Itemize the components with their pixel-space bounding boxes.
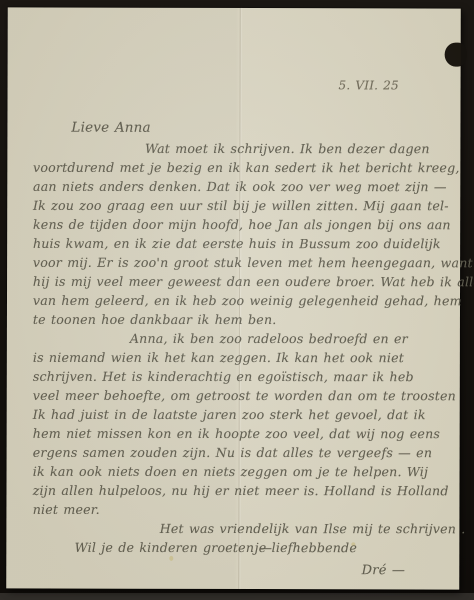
letter-line: is niemand wien ik het kan zeggen. Ik ka… <box>33 348 443 367</box>
letter-body: Wat moet ik schrijven. Ik ben dezer dage… <box>33 139 443 580</box>
letter-line: huis kwam, en ik zie dat eerste huis in … <box>33 234 443 253</box>
letter-line: veel meer behoefte, om getroost te worde… <box>33 386 443 405</box>
letter-line: hem niet missen kon en ik hoopte zoo vee… <box>33 424 443 443</box>
letter-line: schrijven. Het is kinderachtig en egoïst… <box>33 367 443 386</box>
letter-paper: 5. VII. 25 Lieve Anna Wat moet ik schrij… <box>6 7 461 589</box>
letter-line: ergens samen zouden zijn. Nu is dat alle… <box>33 443 443 462</box>
letter-line: van hem geleerd, en ik heb zoo weinig ge… <box>33 291 443 310</box>
table-edge <box>0 593 474 600</box>
letter-line: Ik zou zoo graag een uur stil bij je wil… <box>33 196 443 215</box>
letter-line: voortdurend met je bezig en ik kan seder… <box>33 158 443 177</box>
letter-line: te toonen hoe dankbaar ik hem ben. <box>33 310 443 329</box>
letter-line: hij is mij veel meer geweest dan een oud… <box>33 272 443 291</box>
letter-greeting: Wil je de kinderen groeten — <box>75 538 273 557</box>
letter-valediction: je liefhebbende <box>255 538 357 557</box>
letter-line: Ik had juist in de laatste jaren zoo ste… <box>33 405 443 424</box>
letter-line: aan niets anders denken. Dat ik ook zoo … <box>33 177 443 196</box>
letter-salutation: Lieve Anna <box>71 120 150 136</box>
letter-closing: Het was vriendelijk van Ilse mij te schr… <box>33 519 443 538</box>
letter-line: zijn allen hulpeloos, nu hij er niet mee… <box>33 481 443 500</box>
letter-line: niet meer. <box>33 500 443 519</box>
letter-line: ik kan ook niets doen en niets zeggen om… <box>33 462 443 481</box>
letter-line: kens de tijden door mijn hoofd, hoe Jan … <box>33 215 443 234</box>
letter-date: 5. VII. 25 <box>339 78 399 92</box>
letter-line: Anna, ik ben zoo radeloos bedroefd en er <box>33 329 443 348</box>
dark-clip-blob <box>445 43 467 67</box>
letter-signature: Dré — <box>362 561 405 580</box>
letter-line: voor mij. Er is zoo'n groot stuk leven m… <box>33 253 443 272</box>
letter-line: Wat moet ik schrijven. Ik ben dezer dage… <box>33 139 443 158</box>
